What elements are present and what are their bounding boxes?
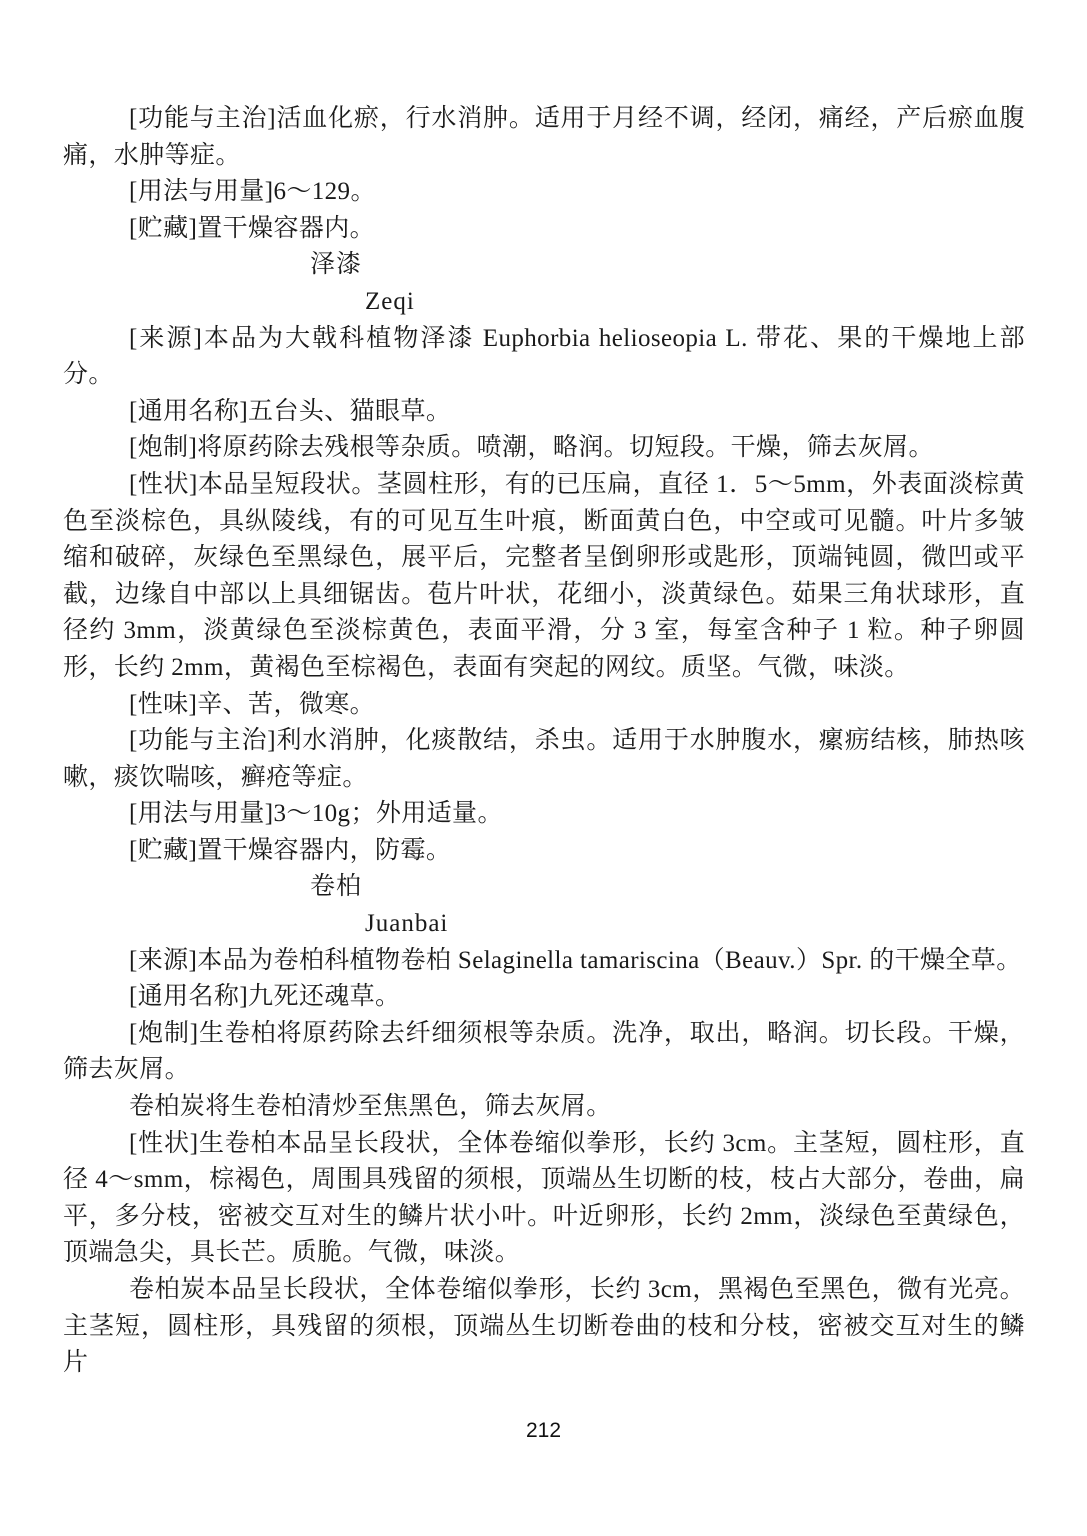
- paragraph: 卷柏炭将生卷柏清炒至焦黑色，筛去灰屑。: [63, 1089, 1025, 1126]
- paragraph: [来源]本品为卷柏科植物卷柏 Selaginella tamariscina（B…: [63, 943, 1025, 980]
- paragraph: [贮藏]置干燥容器内。: [63, 211, 1025, 248]
- paragraph: [炮制]生卷柏将原药除去纤细须根等杂质。洗净，取出，略润。切长段。干燥，筛去灰屑…: [63, 1016, 1025, 1089]
- paragraph: [炮制]将原药除去残根等杂质。喷潮，略润。切短段。干燥，筛去灰屑。: [63, 430, 1025, 467]
- paragraph: [功能与主治]活血化瘀，行水消肿。适用于月经不调，经闭，痛经，产后瘀血腹痛，水肿…: [63, 101, 1025, 174]
- paragraph: [性状]生卷柏本品呈长段状，全体卷缩似拳形，长约 3cm。主茎短，圆柱形，直径 …: [63, 1126, 1025, 1272]
- paragraph: [贮藏]置干燥容器内，防霉。: [63, 833, 1025, 870]
- paragraph: [功能与主治]利水消肿，化痰散结，杀虫。适用于水肿腹水，瘰疬结核，肺热咳嗽，痰饮…: [63, 723, 1025, 796]
- paragraph: [用法与用量]3～10g；外用适量。: [63, 796, 1025, 833]
- paragraph: [性状]本品呈短段状。茎圆柱形，有的已压扁，直径 1．5～5mm，外表面淡棕黄色…: [63, 467, 1025, 687]
- page-number: 212: [0, 1419, 1087, 1443]
- document-body: [功能与主治]活血化瘀，行水消肿。适用于月经不调，经闭，痛经，产后瘀血腹痛，水肿…: [63, 101, 1025, 1382]
- section-title-pinyin: Juanbai: [365, 906, 1025, 943]
- document-page: [功能与主治]活血化瘀，行水消肿。适用于月经不调，经闭，痛经，产后瘀血腹痛，水肿…: [0, 0, 1087, 1536]
- section-title-cn: 卷柏: [310, 869, 1025, 906]
- paragraph: [通用名称]五台头、猫眼草。: [63, 394, 1025, 431]
- section-title-cn: 泽漆: [310, 247, 1025, 284]
- paragraph: [通用名称]九死还魂草。: [63, 979, 1025, 1016]
- paragraph: [来源]本品为大戟科植物泽漆 Euphorbia helioseopia L. …: [63, 321, 1025, 394]
- paragraph: 卷柏炭本品呈长段状，全体卷缩似拳形，长约 3cm，黑褐色至黑色，微有光亮。主茎短…: [63, 1272, 1025, 1382]
- section-title-pinyin: Zeqi: [365, 284, 1025, 321]
- paragraph: [用法与用量]6～129。: [63, 174, 1025, 211]
- paragraph: [性味]辛、苦，微寒。: [63, 687, 1025, 724]
